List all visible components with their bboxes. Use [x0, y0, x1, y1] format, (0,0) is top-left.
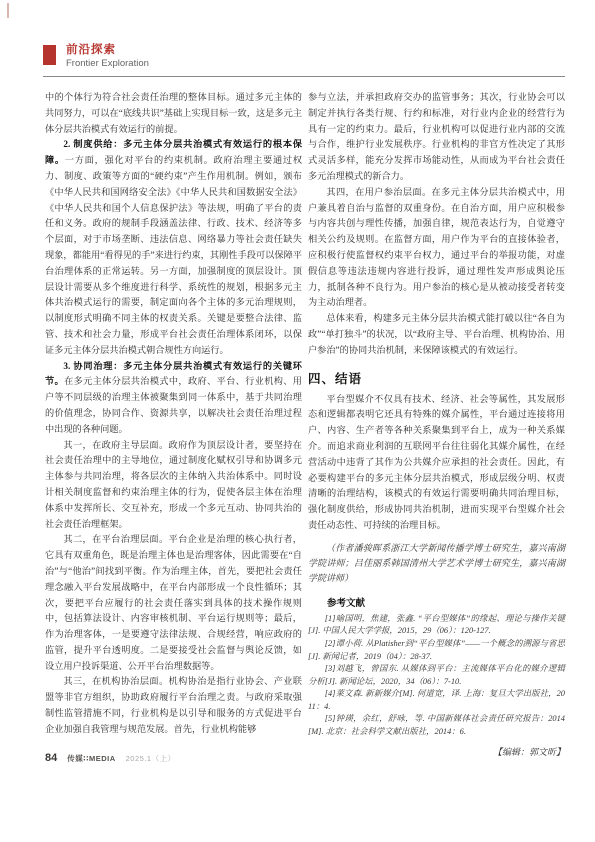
paragraph-continuation: 参与立法，并承担政府交办的监管事务；其次，行业协会可以制定并执行各类行规、行约和…: [308, 90, 565, 185]
section-heading-conclusion: 四、结语: [308, 369, 565, 387]
paragraph-platform-level: 其二，在平台治理层面。平台企业是治理的核心执行者，它具有双重角色，既是治理主体也…: [45, 532, 302, 674]
page-footer: 84 传媒∷MEDIA 2025.1（上）: [45, 752, 176, 764]
paragraph-government-level: 其一，在政府主导层面。政府作为顶层设计者，要坚持在社会责任治理中的主导地位，通过…: [45, 438, 302, 533]
paragraph-summary: 总体来看，构建多元主体分层共治模式能打破以往“各自为政”“单打独斗”的状况，以“…: [308, 311, 565, 358]
issue-label: 2025.1（上）: [126, 753, 176, 764]
left-column: 中的个体行为符合社会责任治理的整体目标。通过多元主体的共同努力，可以在“底线共识…: [45, 90, 302, 758]
right-column: 参与立法，并承担政府交办的监管事务；其次，行业协会可以制定并执行各类行规、行约和…: [308, 90, 565, 758]
header-divider: [43, 76, 565, 77]
reference-item-5: [5]钟瑛，余红，舒咏，等. 中国新媒体社会责任研究报告：2014[M]. 北京…: [308, 713, 565, 738]
paragraph-collaborative-governance: 3. 协同治理：多元主体分层共治模式有效运行的关键环节。在多元主体分层共治模式中…: [45, 359, 302, 438]
section-marker-block: [43, 45, 56, 65]
journal-name: 传媒∷MEDIA: [67, 753, 115, 764]
section-title-cn: 前沿探索: [66, 44, 149, 56]
article-body: 中的个体行为符合社会责任治理的整体目标。通过多元主体的共同努力，可以在“底线共识…: [45, 90, 565, 758]
references-title: 参考文献: [308, 595, 565, 609]
paragraph-continuation: 中的个体行为符合社会责任治理的整体目标。通过多元主体的共同努力，可以在“底线共识…: [45, 90, 302, 137]
paragraph-conclusion: 平台型媒介不仅具有技术、经济、社会等属性，其发展形态和逻辑都表明它还具有特殊的媒…: [308, 392, 565, 534]
section-title-en: Frontier Exploration: [66, 58, 149, 69]
page-header: 前沿探索 Frontier Exploration: [43, 44, 565, 77]
page-number: 84: [45, 752, 57, 764]
paragraph-text: 在多元主体分层共治模式中，政府、平台、行业机构、用户等不同层级的治理主体被聚集到…: [45, 376, 302, 433]
paragraph-text: 一方面，强化对平台的约束机制。政府治理主要通过权力、制度、政策等方面的“硬约束”…: [45, 155, 302, 355]
reference-item-1: [1]喻国明，焦建，张鑫. “平台型媒体”的缘起、理论与操作关键[J]. 中国人…: [308, 613, 565, 638]
author-note: （作者潘骏晖系浙江大学新闻传播学博士研究生，嘉兴南湖学院讲师；吕佳丽系韩国清州大…: [308, 541, 565, 586]
paragraph-institution-level: 其三，在机构协治层面。机构协治是指行业协会、产业联盟等非官方组织，协助政府履行平…: [45, 674, 302, 737]
reference-item-2: [2]谭小荷. 从Platisher到“平台型媒体”——一个概念的溯源与省思[J…: [308, 638, 565, 663]
reference-item-3: [3]刘越飞，曾国东. 从媒体到平台：主流媒体平台化的媒介逻辑分析[J]. 新闻…: [308, 663, 565, 688]
editor-credit: 【编辑：郭文昕】: [308, 745, 565, 758]
print-crop-mark: [7, 3, 9, 18]
paragraph-user-level: 其四，在用户参治层面。在多元主体分层共治模式中，用户兼具着自治与监督的双重身份。…: [308, 185, 565, 311]
document-page: 前沿探索 Frontier Exploration 中的个体行为符合社会责任治理…: [0, 0, 595, 842]
paragraph-institution-supply: 2. 制度供给：多元主体分层共治模式有效运行的根本保障。一方面，强化对平台的约束…: [45, 137, 302, 358]
reference-item-4: [4]莱文森. 新新媒介[M]. 何道宽，译. 上海：复旦大学出版社，2011：…: [308, 688, 565, 713]
